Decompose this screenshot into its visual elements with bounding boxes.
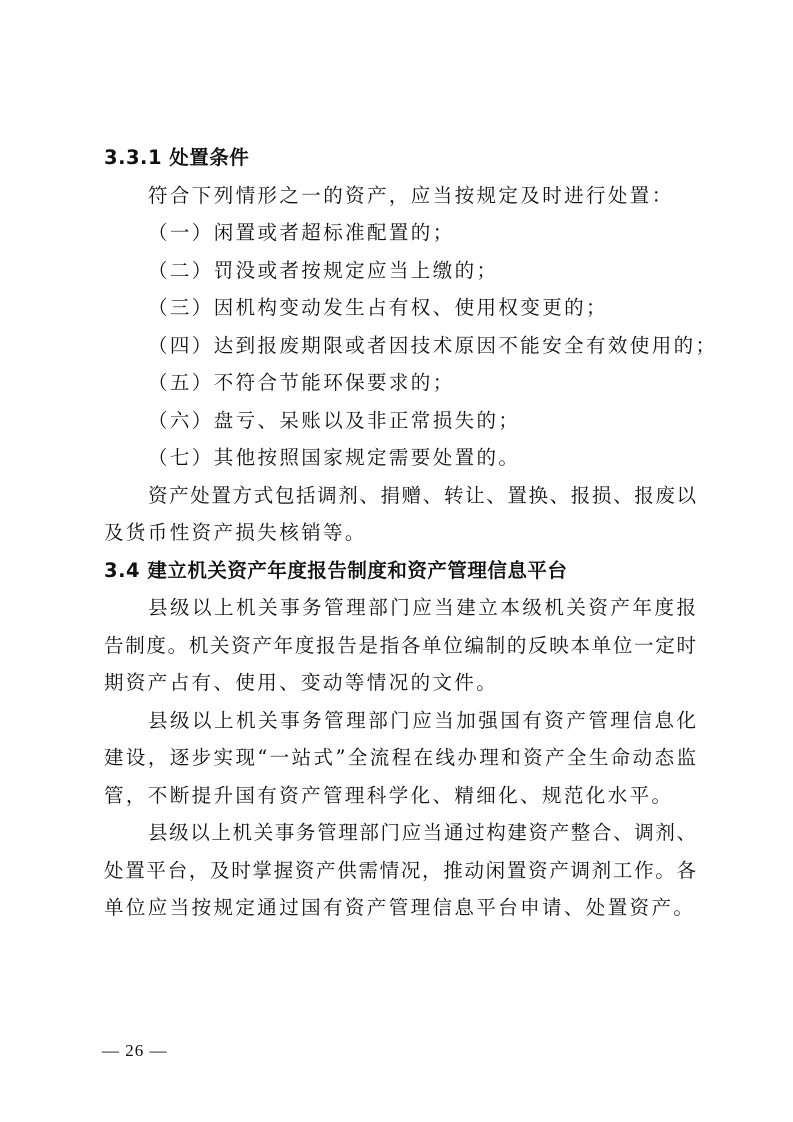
paragraph-line: 告制度。机关资产年度报告是指各单位编制的反映本单位一定时 [104,627,696,665]
list-item: （五）不符合节能环保要求的； [104,364,696,402]
list-item: （六）盘亏、呆账以及非正常损失的； [104,402,696,440]
section-intro: 符合下列情形之一的资产，应当按规定及时进行处置： [104,177,696,215]
paragraph-line: 资产处置方式包括调剂、捐赠、转让、置换、报损、报废以 [104,477,696,515]
paragraph-line: 管，不断提升国有资产管理科学化、精细化、规范化水平。 [104,777,696,815]
document-page: 3.3.1 处置条件 符合下列情形之一的资产，应当按规定及时进行处置： （一）闲… [104,139,696,927]
paragraph-line: 县级以上机关事务管理部门应当加强国有资产管理信息化 [104,702,696,740]
section-heading-3-3-1: 3.3.1 处置条件 [104,139,696,177]
page-number: — 26 — [102,1041,168,1061]
paragraph-line: 期资产占有、使用、变动等情况的文件。 [104,664,696,702]
list-item: （七）其他按照国家规定需要处置的。 [104,439,696,477]
paragraph-line: 处置平台，及时掌握资产供需情况，推动闲置资产调剂工作。各 [104,852,696,890]
list-item: （二）罚没或者按规定应当上缴的； [104,252,696,290]
paragraph-line: 单位应当按规定通过国有资产管理信息平台申请、处置资产。 [104,889,696,927]
section-heading-3-4: 3.4 建立机关资产年度报告制度和资产管理信息平台 [104,552,696,590]
list-item: （三）因机构变动发生占有权、使用权变更的； [104,289,696,327]
list-item: （四）达到报废期限或者因技术原因不能安全有效使用的； [104,327,696,365]
paragraph-line: 县级以上机关事务管理部门应当通过构建资产整合、调剂、 [104,814,696,852]
paragraph-line: 建设，逐步实现“一站式”全流程在线办理和资产全生命动态监 [104,739,696,777]
paragraph-line: 县级以上机关事务管理部门应当建立本级机关资产年度报 [104,589,696,627]
paragraph-line: 及货币性资产损失核销等。 [104,514,696,552]
list-item: （一）闲置或者超标准配置的； [104,214,696,252]
